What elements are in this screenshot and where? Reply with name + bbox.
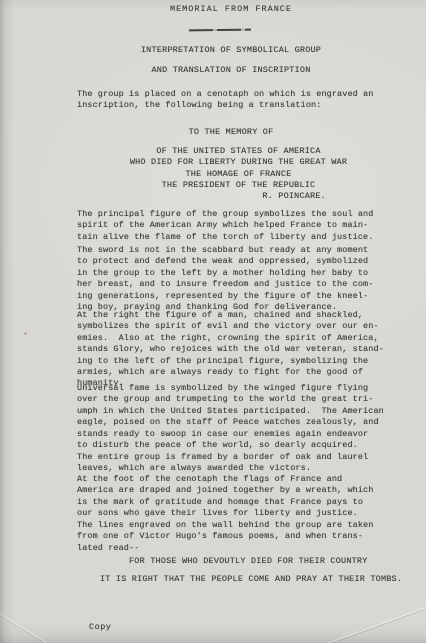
scanned-document-page: MEMORIAL FROM FRANCE INTERPRETATION OF S…	[0, 0, 426, 643]
section-subheading: AND TRANSLATION OF INSCRIPTION	[77, 65, 385, 76]
paper-speck	[24, 332, 27, 335]
copy-annotation: Copy	[89, 622, 111, 633]
paper-crease-bottom-left	[0, 606, 47, 643]
inscription-translation-block: OF THE UNITED STATES OF AMERICA WHO DIED…	[86, 146, 391, 192]
body-paragraph-4: Universal fame is symbolized by the wing…	[77, 383, 385, 451]
hugo-quote-line-1: FOR THOSE WHO DEVOUTLY DIED FOR THEIR CO…	[129, 556, 368, 567]
paper-crease-bottom-right	[324, 600, 426, 643]
title-separator-rule	[189, 29, 251, 32]
section-heading: INTERPRETATION OF SYMBOLICAL GROUP	[77, 45, 385, 56]
body-paragraph-5: The entire group is framed by a border o…	[77, 452, 385, 475]
intro-paragraph: The group is placed on a cenotaph on whi…	[77, 89, 385, 112]
memory-heading: TO THE MEMORY OF	[77, 127, 385, 138]
body-paragraph-6: At the foot of the cenotaph the flags of…	[77, 474, 385, 520]
poincare-signature: R. POINCARE.	[86, 191, 391, 202]
body-paragraph-1: The principal figure of the group symbol…	[77, 209, 385, 243]
body-paragraph-7: The lines engraved on the wall behind th…	[77, 520, 385, 554]
body-paragraph-3: At the right the figure of a man, chaine…	[77, 310, 385, 390]
document-title: MEMORIAL FROM FRANCE	[77, 4, 385, 15]
hugo-quote-line-2: IT IS RIGHT THAT THE PEOPLE COME AND PRA…	[100, 574, 402, 585]
body-paragraph-2: The sword is not in the scabbard but rea…	[77, 245, 385, 313]
